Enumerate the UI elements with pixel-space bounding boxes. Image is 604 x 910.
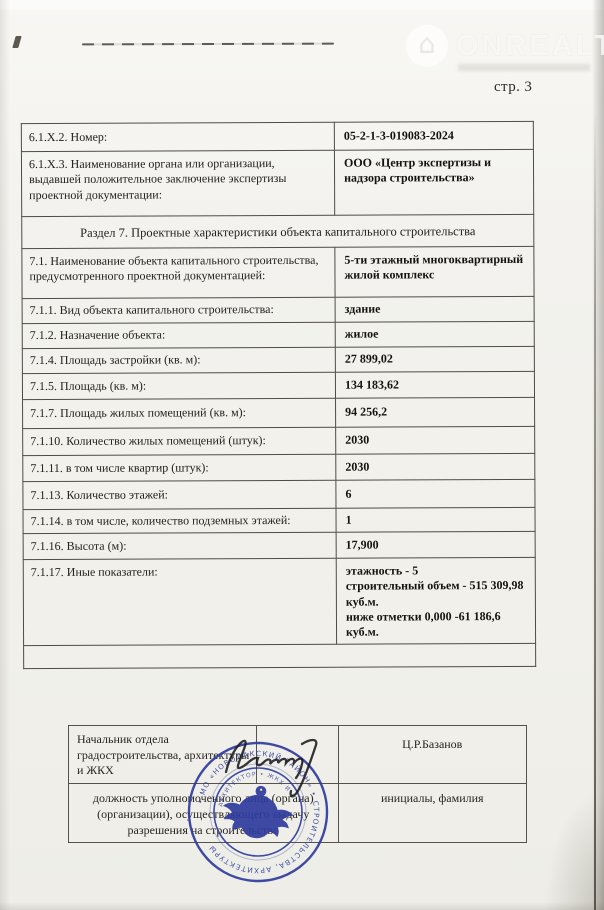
row-value: 27 899,02	[335, 346, 534, 372]
row-value: 6	[336, 479, 535, 508]
row-label: 7.1.4. Площадь застройки (кв. м):	[22, 347, 335, 373]
row-label: 7.1.7. Площадь жилых помещений (кв. м):	[23, 398, 336, 428]
table-row: 7.1.4. Площадь застройки (кв. м): 27 899…	[22, 346, 534, 373]
page-corner-shadow	[544, 790, 604, 910]
row-label: 7.1.10. Количество жилых помещений (штук…	[23, 427, 336, 455]
name-caption: инициалы, фамилия	[338, 783, 526, 843]
official-name: Ц.Р.Базанов	[338, 726, 526, 784]
table-row: 7.1.11. в том числе квартир (штук): 2030	[23, 453, 535, 481]
table-empty-row	[24, 643, 536, 668]
scan-artifact-tick	[12, 36, 21, 48]
table-row: 7.1.7. Площадь жилых помещений (кв. м): …	[23, 397, 535, 428]
row-value: 2030	[336, 426, 535, 454]
house-glyph: ⌂	[418, 31, 435, 58]
row-value: 94 256,2	[336, 397, 535, 427]
row-value: здание	[335, 296, 534, 322]
watermark: ⌂ ONREALT	[406, 25, 604, 67]
row-value: 5-ти этажный многоквартирный жилой компл…	[335, 246, 534, 297]
row-label: 7.1.13. Количество этажей:	[23, 480, 336, 509]
row-label: 7.1.16. Высота (м):	[23, 532, 336, 559]
section-title: Раздел 7. Проектные характеристики объек…	[22, 214, 534, 248]
table-row: 7.1.1. Вид объекта капитального строител…	[22, 296, 534, 323]
table-row: 7.1.2. Назначение объекта: жилое	[22, 321, 534, 348]
watermark-tagline-blur	[458, 64, 590, 71]
row-value: этажность - 5 строительный объем - 515 3…	[336, 557, 535, 644]
watermark-house-icon: ⌂	[406, 25, 448, 67]
page-bottom-shadow	[0, 902, 604, 910]
table-row: 7.1.10. Количество жилых помещений (штук…	[23, 426, 535, 455]
row-value: жилое	[335, 321, 534, 347]
row-label: 7.1.1. Вид объекта капитального строител…	[22, 297, 335, 323]
row-value: ООО «Центр экспертизы и надзора строител…	[334, 149, 533, 215]
row-label: 7.1.17. Иные показатели:	[23, 558, 336, 645]
row-label: 7.1.2. Назначение объекта:	[22, 322, 335, 348]
row-value: 134 183,62	[335, 371, 534, 398]
table-row: 7.1.16. Высота (м): 17,900	[23, 531, 535, 559]
row-label: 7.1.5. Площадь (кв. м):	[22, 372, 335, 399]
table-row: 7.1.17. Иные показатели: этажность - 5 с…	[23, 557, 535, 645]
row-label: 6.1.X.2. Номер:	[21, 122, 334, 151]
table-row: 6.1.X.2. Номер: 05-2-1-3-019083-2024	[21, 121, 533, 151]
empty-cell	[24, 643, 536, 668]
page-left-shadow	[0, 0, 10, 910]
row-value: 2030	[336, 453, 535, 480]
scanned-document-page: ⌂ ONREALT стр. 3 6.1.X.2. Номер: 05-2-1-…	[0, 0, 604, 910]
table-row: 7.1.5. Площадь (кв. м): 134 183,62	[22, 371, 534, 399]
scan-artifact-line	[82, 43, 334, 46]
table-row: 7.1.14. в том числе, количество подземны…	[23, 507, 535, 533]
row-label: 7.1. Наименование объекта капитального с…	[22, 247, 335, 298]
table-row: 7.1. Наименование объекта капитального с…	[22, 246, 534, 298]
row-value: 05-2-1-3-019083-2024	[334, 121, 533, 150]
row-label: 6.1.X.3. Наименование органа или организ…	[21, 150, 334, 216]
page-number: стр. 3	[494, 79, 532, 96]
project-characteristics-table: 6.1.X.2. Номер: 05-2-1-3-019083-2024 6.1…	[21, 121, 536, 669]
scan-top-strip	[0, 0, 604, 10]
table-section-row: Раздел 7. Проектные характеристики объек…	[22, 214, 534, 248]
row-value: 17,900	[336, 531, 535, 558]
table-row: 7.1.13. Количество этажей: 6	[23, 479, 535, 509]
handwritten-signature	[212, 726, 362, 808]
row-label: 7.1.11. в том числе квартир (штук):	[23, 454, 336, 481]
row-label: 7.1.14. в том числе, количество подземны…	[23, 508, 336, 533]
watermark-brand: ONREALT	[456, 30, 604, 63]
table-row: 6.1.X.3. Наименование органа или организ…	[21, 149, 533, 216]
row-value: 1	[336, 507, 535, 532]
